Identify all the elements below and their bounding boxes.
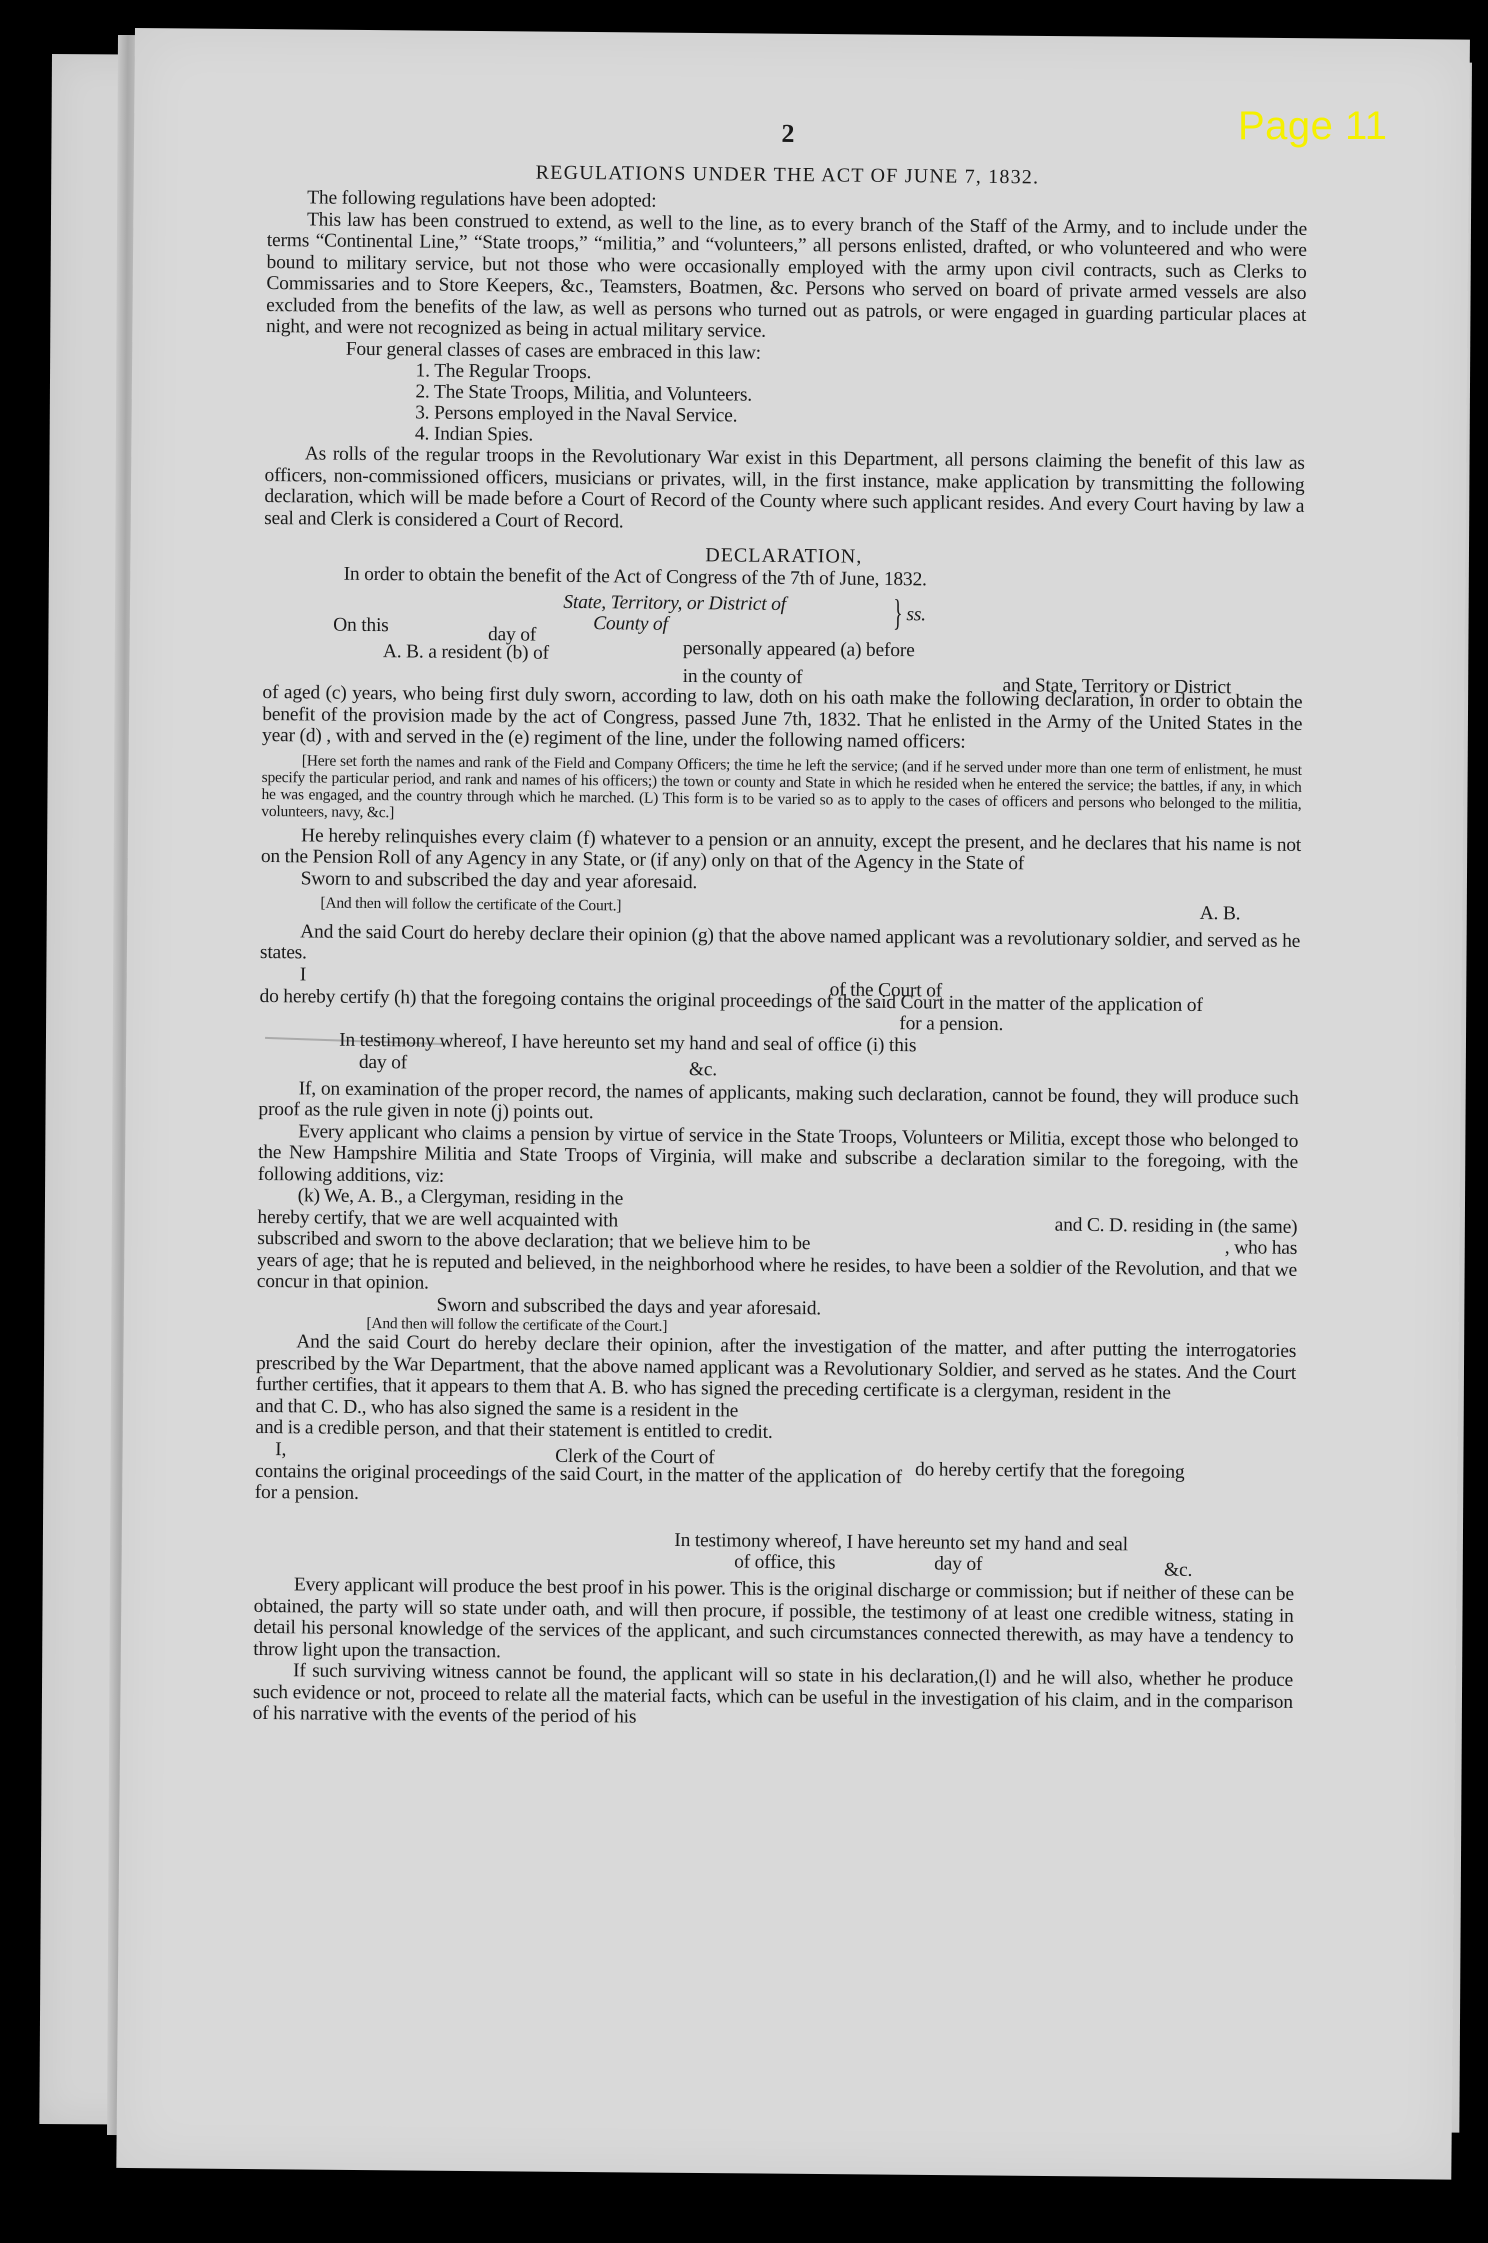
clerk-i-label: I, [275, 1439, 286, 1461]
venue-county: County of [593, 613, 668, 635]
intro-paragraph: This law has been construed to extend, a… [266, 208, 1307, 347]
rolls-paragraph: As rolls of the regular troops in the Re… [264, 443, 1305, 539]
state-troops-paragraph: Every applicant who claims a pension by … [258, 1120, 1299, 1194]
day-of-label: day of [359, 1051, 407, 1073]
venue-brace: }ss. [863, 604, 926, 626]
document-body: 2 REGULATIONS UNDER THE ACT OF JUNE 7, 1… [253, 118, 1308, 1734]
court-declaration-paragraph: And the said Court do hereby declare the… [256, 1331, 1297, 1405]
resident-line: A. B. a resident (b) of [383, 641, 549, 664]
etc-label: &c. [689, 1059, 717, 1081]
of-office-label: of office, this [734, 1552, 835, 1574]
classes-list: 1. The Regular Troops. 2. The State Troo… [415, 360, 1306, 453]
clerk-certify-label: do hereby certify that the foregoing [915, 1459, 1185, 1483]
day-of-label: day of [934, 1553, 982, 1575]
county-label: in the county of [683, 666, 803, 689]
state-label: and State, Territory or District [1002, 675, 1231, 699]
cd-residing-line: and C. D. residing in (the same) [1055, 1214, 1298, 1238]
signature-ab: A. B. [1200, 903, 1301, 925]
i-label: I [300, 964, 307, 986]
of-court-label: of the Court of [830, 979, 943, 1002]
who-has-label: , who has [1225, 1237, 1298, 1259]
etc-label: &c. [1164, 1560, 1192, 1582]
for-pension-label: for a pension. [899, 1013, 1003, 1035]
best-proof-paragraph: Every applicant will produce the best pr… [253, 1574, 1294, 1670]
surviving-witness-paragraph: If such surviving witness cannot be foun… [253, 1660, 1294, 1734]
document-title: REGULATIONS UNDER THE ACT OF JUNE 7, 183… [267, 159, 1307, 190]
reputed-paragraph: years of age; that he is reputed and bel… [257, 1249, 1297, 1302]
appeared-line: personally appeared (a) before [683, 638, 915, 662]
officers-note: [Here set forth the names and rank of th… [261, 751, 1302, 829]
court-certificate-note: [And then will follow the certificate of… [320, 895, 621, 919]
on-this-label: On this [333, 615, 389, 637]
clerk-of-court-label: Clerk of the Court of [555, 1445, 715, 1468]
